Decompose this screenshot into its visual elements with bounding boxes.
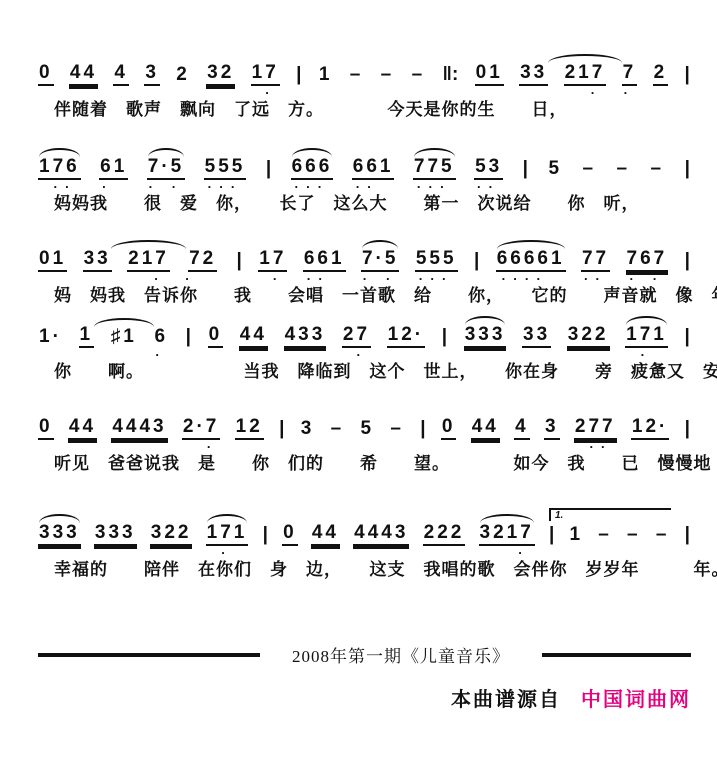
octave-dots: . — [102, 180, 125, 190]
slur-arc — [292, 148, 333, 157]
note-group: ♯1 — [110, 316, 138, 358]
octave-dots: ... — [419, 272, 454, 282]
note-digits: 4443 — [111, 416, 167, 440]
note-group: 72. — [185, 238, 220, 282]
note-group: 322 — [567, 314, 610, 358]
barline-glyph: | — [278, 418, 285, 440]
note-group: 2 — [653, 52, 669, 96]
octave-dots: . — [629, 348, 664, 358]
octave-dots: . — [184, 440, 219, 450]
barline: | — [236, 240, 243, 282]
note-group: 767. . — [626, 238, 669, 282]
barline: | — [278, 408, 285, 450]
note-group: 33 — [519, 52, 548, 96]
slur-arc — [497, 240, 565, 249]
octave-dots: . — [624, 86, 636, 96]
note-digits: 12· — [631, 416, 669, 440]
footer-rule-left — [38, 653, 260, 657]
note-digits: 33 — [522, 324, 551, 348]
barline: ‖: — [442, 54, 460, 96]
note-group: – — [411, 54, 427, 96]
note-group: 0 — [282, 512, 298, 556]
note-digits: – — [655, 524, 671, 546]
note-group: – — [330, 408, 346, 450]
lyric-line: 妈 妈我 告诉你 我 会唱 一首歌 给 你， 它的 声音就 像 年轻 时候的 — [38, 284, 691, 308]
note-group: 217 . — [127, 238, 170, 282]
source-site-link[interactable]: 中国词曲网 — [581, 689, 691, 711]
score: 0444323217 .|1–––‖:0133217 .7.2|伴随着 歌声 飘… — [38, 52, 691, 582]
octave-dots: .. — [578, 440, 613, 450]
note-digits: 12 — [235, 416, 264, 440]
footer: 2008年第一期《儿童音乐》 — [38, 642, 691, 667]
note-digits: 333 — [94, 522, 137, 546]
note-group: 661.. — [352, 146, 395, 190]
note-digits: 01 — [475, 62, 504, 86]
note-group: – — [581, 148, 597, 190]
octave-dots: . — [210, 546, 245, 556]
lyric-line: 幸福的 陪伴 在你们 身 边， 这支 我唱的歌 会伴你 岁岁年 年。 — [38, 558, 691, 582]
note-group: 433 — [284, 314, 327, 358]
barline: | — [683, 54, 690, 96]
note-digits: 44 — [239, 324, 268, 348]
barline: | — [522, 148, 529, 190]
note-group: 555... — [415, 238, 458, 282]
score-system: 0444323217 .|1–––‖:0133217 .7.2|伴随着 歌声 飘… — [38, 52, 691, 122]
note-group: 32 — [206, 52, 235, 96]
note-group: 66661.... — [496, 238, 566, 282]
note-group: 4 — [514, 406, 530, 450]
note-group: 33 — [83, 238, 112, 282]
barline: | — [419, 408, 426, 450]
score-system: 176 ..61. 7·5. .555...|666...661.. 775..… — [38, 146, 691, 216]
note-group: 44 — [69, 52, 98, 96]
publication-citation: 2008年第一期《儿童音乐》 — [292, 642, 510, 667]
note-group: 1· — [38, 316, 63, 358]
note-group: 3 — [144, 52, 160, 96]
note-digits: 4 — [514, 416, 530, 440]
note-digits: – — [626, 524, 642, 546]
note-group: – — [650, 148, 666, 190]
note-digits: – — [650, 158, 666, 180]
note-digits: – — [380, 64, 396, 86]
note-digits: – — [411, 64, 427, 86]
note-digits: – — [330, 418, 346, 440]
note-group: 61. — [99, 146, 128, 190]
barline-glyph: | — [295, 64, 302, 86]
lyric-line: 你 啊。 当我 降临到 这个 世上， 你在身 旁 疲惫又 安 详， — [38, 360, 691, 384]
octave-dots: .. — [477, 180, 500, 190]
note-digits: – — [389, 418, 405, 440]
barline-glyph: | — [548, 524, 555, 546]
barline: | — [684, 240, 691, 282]
note-group: 1 — [79, 314, 95, 358]
slur-arc — [414, 148, 455, 157]
note-group: 0 — [38, 406, 54, 450]
note-group: 6. — [153, 316, 169, 358]
note-group: 4 — [113, 52, 129, 96]
octave-dots: . — [254, 86, 277, 96]
barline: | — [441, 316, 448, 358]
note-group: 333 — [464, 314, 507, 358]
note-group: 775... — [413, 146, 456, 190]
barline-glyph: | — [473, 250, 480, 272]
note-group: 27 . — [342, 314, 371, 358]
note-digits: 3 — [544, 416, 560, 440]
source-credit: 本曲谱源自中国词曲网 — [38, 683, 691, 712]
music-line: 176 ..61. 7·5. .555...|666...661.. 775..… — [38, 146, 691, 190]
note-digits: 322 — [567, 324, 610, 348]
note-digits: 44 — [311, 522, 340, 546]
barline: | — [295, 54, 302, 96]
music-line: 1·1♯16.|04443327 .12·|33333322171 . | — [38, 314, 691, 358]
barline: | — [265, 148, 272, 190]
note-digits: 4443 — [353, 522, 409, 546]
barline-glyph: ‖: — [442, 64, 460, 86]
slur-arc — [626, 316, 667, 325]
octave-dots: .. — [584, 272, 607, 282]
score-system: 04444432·7 .12|3–5–|04443277 ..12·|听见 爸爸… — [38, 406, 691, 476]
source-label: 本曲谱源自 — [451, 689, 561, 711]
barline-glyph: | — [236, 250, 243, 272]
note-group: 333 — [38, 512, 81, 556]
note-digits: – — [597, 524, 613, 546]
note-digits: 5 — [547, 158, 563, 180]
note-digits: 1· — [38, 326, 63, 348]
octave-dots: .. — [356, 180, 391, 190]
octave-dots: . . — [363, 272, 398, 282]
slur-arc — [39, 514, 80, 523]
octave-dots: .. — [307, 272, 342, 282]
note-group: 4443 — [353, 512, 409, 556]
octave-dots: ... — [208, 180, 243, 190]
barline-glyph: | — [265, 158, 272, 180]
note-digits: 33 — [83, 248, 112, 272]
note-digits: – — [349, 64, 365, 86]
octave-dots: ... — [417, 180, 452, 190]
octave-dots: . — [345, 348, 368, 358]
note-group: 7. — [622, 52, 638, 96]
slur-arc — [148, 148, 184, 157]
note-group: 01 — [38, 238, 67, 282]
barline: | — [684, 148, 691, 190]
note-digits: 44 — [68, 416, 97, 440]
note-digits: 2 — [175, 64, 191, 86]
music-line: 0133217 .72. |17 .661.. 7·5. .555...|666… — [38, 238, 691, 282]
octave-dots: . . — [629, 272, 664, 282]
note-group: 44 — [68, 406, 97, 450]
note-digits: 322 — [150, 522, 193, 546]
note-digits: 222 — [423, 522, 466, 546]
note-group: 17 . — [251, 52, 280, 96]
note-group: 222 — [423, 512, 466, 556]
note-digits: 33 — [519, 62, 548, 86]
note-digits: 4 — [113, 62, 129, 86]
lyric-line: 伴随着 歌声 飘向 了远 方。 今天是你的生 日， — [38, 98, 691, 122]
barline-glyph: | — [522, 158, 529, 180]
note-group: 333 — [94, 512, 137, 556]
note-group: 0 — [38, 52, 54, 96]
note-digits: ♯1 — [110, 326, 138, 348]
octave-dots: .. — [42, 180, 77, 190]
slur-arc — [207, 514, 248, 523]
note-group: 217 . — [564, 52, 607, 96]
note-group: 12 — [235, 406, 264, 450]
note-digits: 44 — [471, 416, 500, 440]
octave-dots: ... — [295, 180, 330, 190]
note-group: – — [349, 54, 365, 96]
note-digits: 5 — [359, 418, 375, 440]
note-group: 1 — [318, 54, 334, 96]
lyric-line: 听见 爸爸说我 是 你 们的 希 望。 如今 我 已 慢慢地 长大， — [38, 452, 691, 476]
slur-arc — [480, 514, 534, 523]
note-group: 12· — [631, 406, 669, 450]
note-digits: 1 — [79, 324, 95, 348]
slur-arc — [548, 54, 623, 63]
lyric-line: 妈妈我 很 爱 你， 长了 这么大 第一 次说给 你 听， — [38, 192, 691, 216]
slur-arc — [94, 318, 154, 327]
note-group: 322 — [150, 512, 193, 556]
octave-dots: . — [483, 546, 529, 556]
barline: | — [684, 514, 691, 556]
note-group: 12· — [387, 314, 425, 358]
octave-dots: . — [155, 348, 167, 358]
barline-glyph: | — [683, 326, 690, 348]
note-digits: 01 — [38, 248, 67, 272]
note-group: 7·5. . — [361, 238, 399, 282]
note-group: 176 .. — [38, 146, 81, 190]
note-group: 17 . — [258, 238, 287, 282]
barline-glyph: | — [419, 418, 426, 440]
note-group: 171 . — [625, 314, 668, 358]
note-digits: 333 — [464, 324, 507, 348]
note-digits: 0 — [208, 324, 224, 348]
note-group: 5 — [359, 408, 375, 450]
barline-glyph: | — [684, 158, 691, 180]
barline: | — [683, 316, 690, 358]
note-group: 53.. — [474, 146, 503, 190]
octave-dots: . — [185, 272, 220, 282]
note-group: 2·7 . — [182, 406, 220, 450]
octave-dots: .... — [502, 272, 560, 282]
volta-bracket: 1. — [549, 508, 671, 521]
note-group: 44 — [239, 314, 268, 358]
note-group: 01 — [475, 52, 504, 96]
note-digits: 1 — [318, 64, 334, 86]
music-line: 0444323217 .|1–––‖:0133217 .7.2| — [38, 52, 691, 96]
note-digits: 2 — [653, 62, 669, 86]
note-group: 171 . — [206, 512, 249, 556]
barline-glyph: | — [683, 64, 690, 86]
note-digits: 44 — [69, 62, 98, 86]
slur-arc — [39, 148, 80, 157]
note-group: 3217 . — [479, 512, 535, 556]
octave-dots: . — [261, 272, 284, 282]
note-group: 44 — [471, 406, 500, 450]
note-digits: 0 — [441, 416, 457, 440]
barline-glyph: | — [684, 524, 691, 546]
octave-dots: . — [568, 86, 603, 96]
barline-glyph: | — [262, 524, 269, 546]
note-group: – — [389, 408, 405, 450]
barline: 1.| — [548, 514, 555, 556]
note-digits: 3 — [300, 418, 316, 440]
note-group: 0 — [441, 406, 457, 450]
slur-arc — [111, 240, 186, 249]
note-group: 4443 — [111, 406, 167, 450]
note-group: 555... — [204, 146, 247, 190]
barline: | — [262, 514, 269, 556]
music-line: 333333322171 . |04444432223217 .1.|1–––| — [38, 512, 691, 556]
note-digits: 12· — [387, 324, 425, 348]
note-group: – — [616, 148, 632, 190]
note-group: 0 — [208, 314, 224, 358]
barline: | — [185, 316, 192, 358]
octave-dots: . . — [149, 180, 184, 190]
note-group: 5 — [547, 148, 563, 190]
footer-rule-right — [542, 653, 691, 657]
slur-arc — [465, 316, 506, 325]
note-digits: 0 — [282, 522, 298, 546]
note-group: 77.. — [581, 238, 610, 282]
barline-glyph: | — [684, 250, 691, 272]
score-system: 0133217 .72. |17 .661.. 7·5. .555...|666… — [38, 238, 691, 308]
note-group: 277 .. — [574, 406, 617, 450]
score-system: 333333322171 . |04444432223217 .1.|1–––|… — [38, 512, 691, 582]
note-group: 3 — [300, 408, 316, 450]
note-group: 661.. — [303, 238, 346, 282]
note-group: 2 — [175, 54, 191, 96]
sheet-music-page: 0444323217 .|1–––‖:0133217 .7.2|伴随着 歌声 飘… — [0, 0, 717, 759]
slur-arc — [362, 240, 398, 249]
note-group: 666... — [291, 146, 334, 190]
note-group: 33 — [522, 314, 551, 358]
note-digits: – — [581, 158, 597, 180]
note-group: – — [380, 54, 396, 96]
note-digits: 32 — [206, 62, 235, 86]
note-digits: 333 — [38, 522, 81, 546]
barline-glyph: | — [684, 418, 691, 440]
score-system: 1·1♯16.|04443327 .12·|33333322171 . |你 啊… — [38, 314, 691, 384]
octave-dots: . — [131, 272, 166, 282]
note-group: 44 — [311, 512, 340, 556]
barline: | — [684, 408, 691, 450]
note-digits: 3 — [144, 62, 160, 86]
barline: | — [473, 240, 480, 282]
note-digits: 0 — [38, 62, 54, 86]
note-digits: – — [616, 158, 632, 180]
note-digits: 433 — [284, 324, 327, 348]
barline-glyph: | — [441, 326, 448, 348]
music-line: 04444432·7 .12|3–5–|04443277 ..12·| — [38, 406, 691, 450]
note-digits: 0 — [38, 416, 54, 440]
note-group: 3 — [544, 406, 560, 450]
note-group: 7·5. . — [147, 146, 185, 190]
note-digits: 1 — [569, 524, 585, 546]
barline-glyph: | — [185, 326, 192, 348]
